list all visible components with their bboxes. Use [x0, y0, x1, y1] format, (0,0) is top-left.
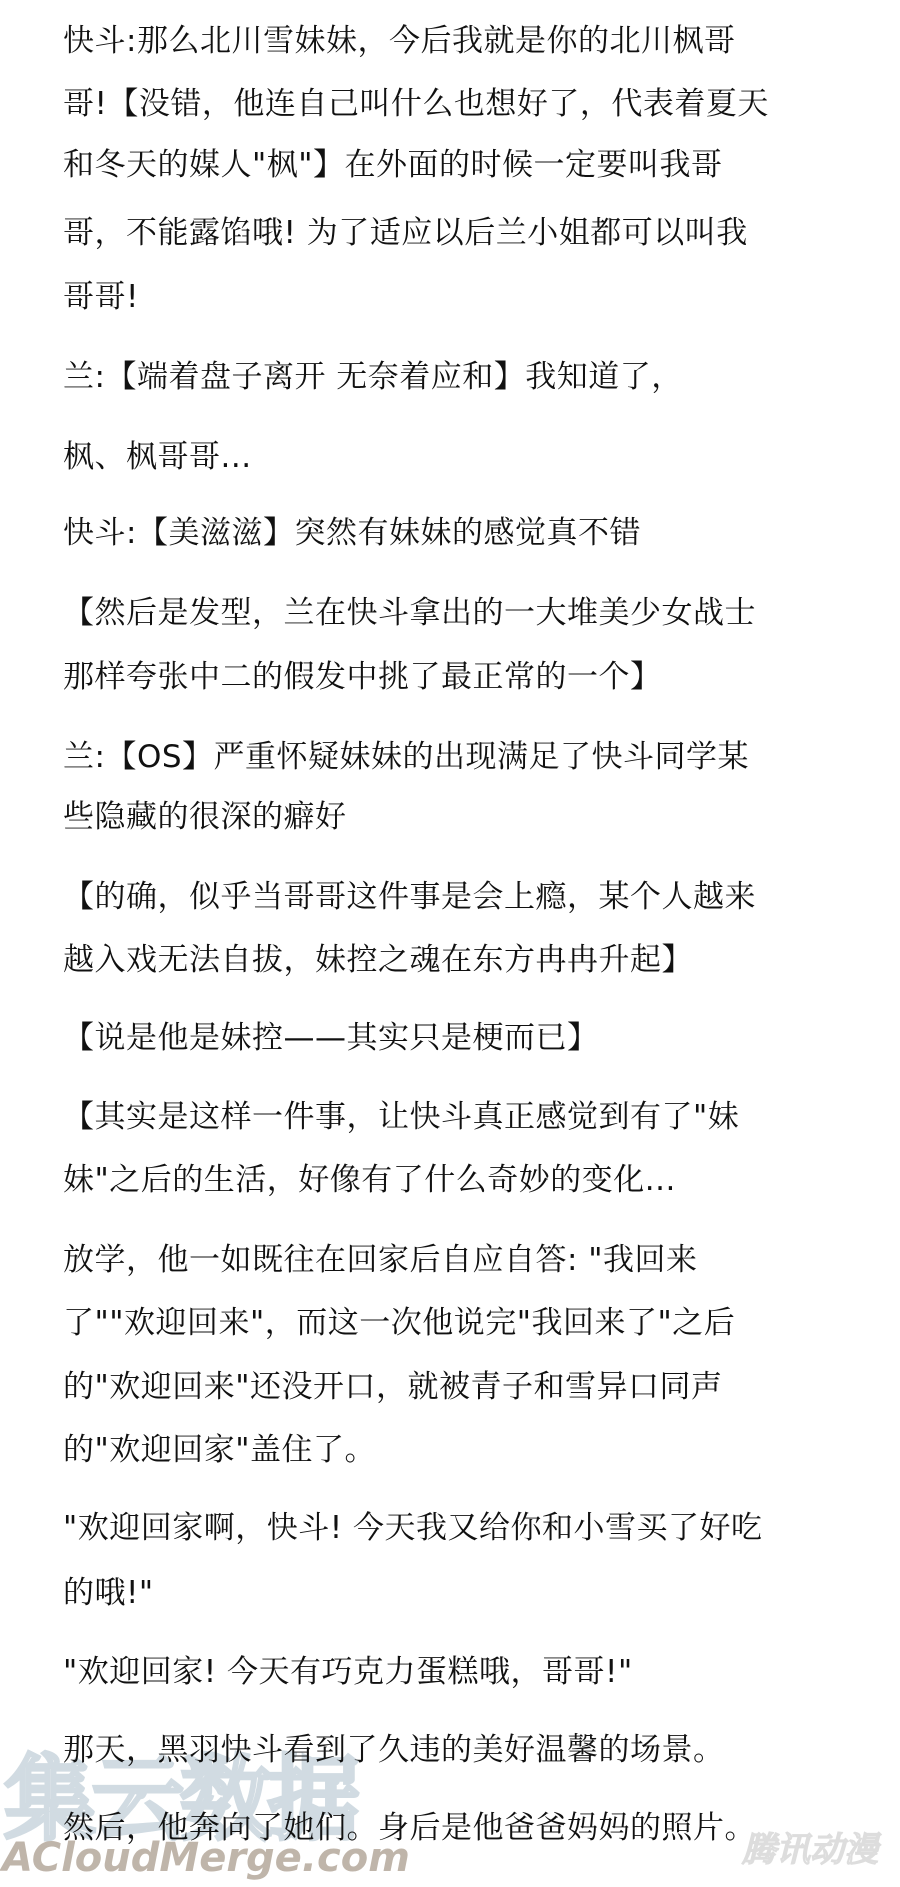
text-line: 哥，不能露馅哦! 为了适应以后兰小姐都可以叫我 — [63, 213, 748, 253]
document-page: 集云数据 快斗:那么北川雪妹妹，今后我就是你的北川枫哥 哥!【没错，他连自己叫什… — [0, 0, 900, 1887]
text-line: "欢迎回家! 今天有巧克力蛋糕哦，哥哥!" — [63, 1652, 633, 1692]
text-line: 【说是他是妹控——其实只是梗而已】 — [63, 1018, 599, 1058]
text-line: 快斗:那么北川雪妹妹，今后我就是你的北川枫哥 — [63, 21, 735, 61]
text-line: 快斗:【美滋滋】突然有妹妹的感觉真不错 — [63, 513, 641, 553]
text-line: 【其实是这样一件事，让快斗真正感觉到有了"妹 — [63, 1097, 739, 1137]
text-line: 兰:【端着盘子离开 无奈着应和】我知道了， — [63, 357, 683, 397]
watermark-acloudmerge: ACloudMerge.com — [2, 1838, 410, 1878]
text-line: 的哦!" — [63, 1573, 154, 1613]
watermark-tencent-comic: 腾讯动漫 — [742, 1830, 878, 1870]
text-line: "欢迎回家啊，快斗! 今天我又给你和小雪买了好吃 — [63, 1508, 763, 1548]
text-line: 些隐藏的很深的癖好 — [63, 797, 347, 837]
text-line: 哥!【没错，他连自己叫什么也想好了，代表着夏天 — [63, 84, 769, 124]
document-body: 快斗:那么北川雪妹妹，今后我就是你的北川枫哥 哥!【没错，他连自己叫什么也想好了… — [0, 0, 900, 1887]
text-line: 哥哥! — [63, 277, 139, 317]
text-line: 和冬天的媒人"枫"】在外面的时候一定要叫我哥 — [63, 145, 723, 185]
text-line: 越入戏无法自拔，妹控之魂在东方冉冉升起】 — [63, 940, 693, 980]
text-line: 放学，他一如既往在回家后自应自答: "我回来 — [63, 1240, 698, 1280]
text-line: 的"欢迎回来"还没开口，就被青子和雪异口同声 — [63, 1367, 723, 1407]
text-line: 的"欢迎回家"盖住了。 — [63, 1430, 376, 1470]
text-line: 了""欢迎回来"，而这一次他说完"我回来了"之后 — [63, 1303, 735, 1343]
text-line: 【然后是发型，兰在快斗拿出的一大堆美少女战士 — [63, 593, 756, 633]
text-line: 枫、枫哥哥... — [63, 437, 252, 477]
text-line: 兰:【OS】严重怀疑妹妹的出现满足了快斗同学某 — [63, 737, 749, 777]
text-line: 妹"之后的生活，好像有了什么奇妙的变化... — [63, 1160, 676, 1200]
text-line: 【的确，似乎当哥哥这件事是会上瘾，某个人越来 — [63, 877, 756, 917]
text-line: 那样夸张中二的假发中挑了最正常的一个】 — [63, 657, 662, 697]
text-line: 那天，黑羽快斗看到了久违的美好温馨的场景。 — [63, 1730, 725, 1770]
